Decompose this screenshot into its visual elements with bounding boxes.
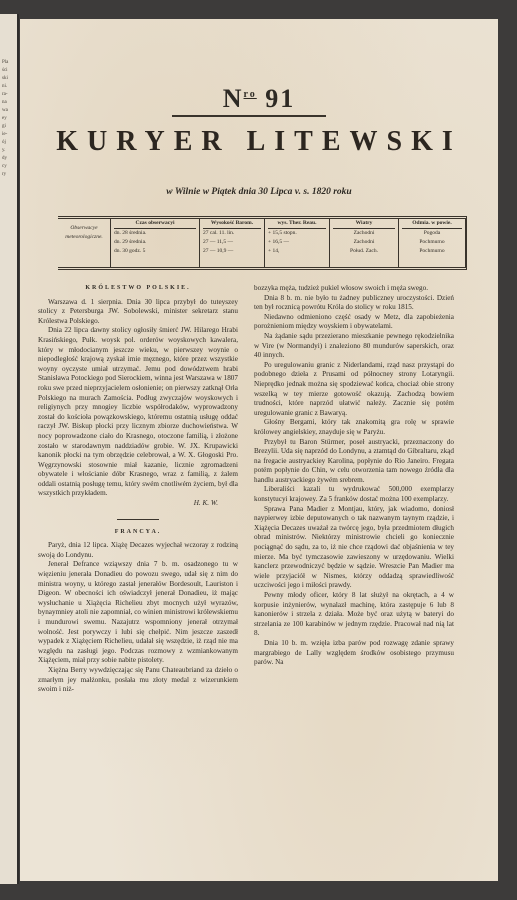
- previous-page-text-fragment: dy: [0, 155, 17, 163]
- previous-page-text-fragment: ie-: [0, 131, 17, 139]
- previous-page-fragments: Plaściskini.ra-nawaeygiie-ójy.dycyry: [0, 14, 17, 179]
- article-paragraph: Warszawa d. 1 sierpnia. Dnia 30 lipca pr…: [38, 298, 238, 327]
- masthead-rule: [172, 115, 326, 117]
- section-heading-poland: KRÓLESTWO POLSKIE.: [38, 284, 238, 294]
- previous-page-text-fragment: ój: [0, 139, 17, 147]
- section-divider: [117, 519, 159, 520]
- article-paragraph: Paryż, dnia 12 lipca. Xiążę Decazes wyje…: [38, 541, 238, 560]
- article-paragraph: Dnia 8 b. m. nie było tu żadney publiczn…: [254, 294, 454, 313]
- right-column: bozzyka męża, tudzież pukiel włosow swoi…: [254, 284, 454, 695]
- article-paragraph: Jenerał Defrance wziąwszy dnia 7 b. m. o…: [38, 560, 238, 666]
- meteo-col-barometer: Wysokość Barom.27 cal. 11. lin.27 — 11,5…: [200, 219, 265, 267]
- meteo-col-winds: WiatryZachodniZachodniPołud. Zach.: [330, 219, 399, 267]
- previous-page-text-fragment: ry: [0, 171, 17, 179]
- meteo-col-time: Czas obserwacyidn. 28 średnia.dn. 29 śre…: [111, 219, 200, 267]
- newspaper-page: Nro 91 KURYER LITEWSKI w Wilnie w Piątek…: [20, 19, 498, 881]
- left-column: KRÓLESTWO POLSKIE. Warszawa d. 1 sierpni…: [38, 284, 238, 695]
- meteo-col-weather: Odmia. w powie.PogodaPochmurnoPochmurno: [399, 219, 465, 267]
- article-paragraph: Pewny młody oficer, który 8 lat służył n…: [254, 591, 454, 639]
- article-paragraph: Głośny Bergami, który tak znakomitą gra …: [254, 418, 454, 437]
- previous-page-text-fragment: wa: [0, 107, 17, 115]
- article-paragraph: Dnia 22 lipca dawny stolicy ogłosiły śmi…: [38, 326, 238, 499]
- previous-page-text-fragment: ni.: [0, 83, 17, 91]
- meteo-col-thermometer: wys. Ther. Reau.+ 15,5 stopn.+ 16,5 —+ 1…: [265, 219, 330, 267]
- newspaper-title: KURYER LITEWSKI: [20, 126, 498, 158]
- issue-number: Nro 91: [20, 84, 498, 114]
- article-paragraph: Sprawa Pana Madier z Montjau, który, jak…: [254, 505, 454, 591]
- previous-page-text-fragment: gi: [0, 123, 17, 131]
- previous-page-text-fragment: y.: [0, 147, 17, 155]
- article-signature: H. K. W.: [38, 499, 238, 509]
- article-paragraph: Niedawno odmieniono część osady w Metz, …: [254, 313, 454, 332]
- previous-page-text-fragment: cy: [0, 163, 17, 171]
- article-columns: KRÓLESTWO POLSKIE. Warszawa d. 1 sierpni…: [38, 284, 454, 695]
- meteorological-table: Obserwacye meteorologiczne. Czas obserwa…: [58, 216, 467, 270]
- previous-page-text-fragment: ey: [0, 115, 17, 123]
- section-heading-france: FRANCYA.: [38, 528, 238, 538]
- previous-page-text-fragment: ra-: [0, 91, 17, 99]
- previous-page-edge: Plaściskini.ra-nawaeygiie-ójy.dycyry: [0, 14, 19, 884]
- article-paragraph: Przybył tu Baron Stürmer, poseł austryac…: [254, 438, 454, 486]
- meteo-label: Obserwacye meteorologiczne.: [58, 219, 111, 267]
- article-paragraph: bozzyka męża, tudzież pukiel włosow swoi…: [254, 284, 454, 294]
- article-paragraph: Xiężna Berry wywdzięczając się Panu Chat…: [38, 666, 238, 695]
- previous-page-text-fragment: Pla: [0, 59, 17, 67]
- article-paragraph: Po uregulowaniu granic z Niderlandami, r…: [254, 361, 454, 419]
- previous-page-text-fragment: ści: [0, 67, 17, 75]
- article-paragraph: Na żądanie sądu przezierano mieszkanie p…: [254, 332, 454, 361]
- article-paragraph: Liberaliści kazali tu wydrukować 500,000…: [254, 485, 454, 504]
- previous-page-text-fragment: na: [0, 99, 17, 107]
- article-paragraph: Dnia 10 b. m. wzięła izba parów pod rozw…: [254, 639, 454, 668]
- dateline: w Wilnie w Piątek dnia 30 Lipca v. s. 18…: [20, 187, 498, 197]
- previous-page-text-fragment: ski: [0, 75, 17, 83]
